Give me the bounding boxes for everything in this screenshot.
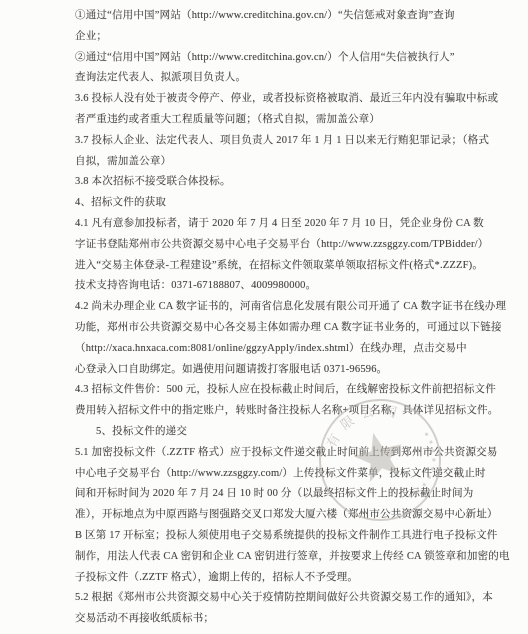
document-line: 交易活动不再接收纸质标书； <box>75 609 467 630</box>
document-page: ①通过“信用中国”网站（http://www.creditchina.gov.c… <box>0 0 528 634</box>
document-line: 间和开标时间为 2020 年 7 月 24 日 10 时 00 分（以最终招标文… <box>75 484 467 505</box>
document-line: 制作，用法人代表 CA 密钥和企业 CA 密钥进行签章，并按要求上传经 CA 锁… <box>75 547 467 568</box>
document-line: 查询法定代表人、拟派项目负责人。 <box>75 68 467 89</box>
document-line: ②通过“信用中国”网站（http://www.creditchina.gov.c… <box>75 48 467 69</box>
document-line: 费用转入招标文件中的指定账户，转账时备注投标人名称+项目名称，具体详见招标文件。 <box>75 401 467 422</box>
document-line: 4、招标文件的获取 <box>75 193 467 214</box>
document-line: ①通过“信用中国”网站（http://www.creditchina.gov.c… <box>75 6 467 27</box>
document-line: 3.8 本次招标不接受联合体投标。 <box>75 172 467 193</box>
document-line: 准），开标地点为中原西路与图强路交叉口郑发大厦六楼（郑州市公共资源交易中心新址） <box>75 505 467 526</box>
document-line: 者严重违约或者重大工程质量等问题；（格式自拟，需加盖公章） <box>75 110 467 131</box>
document-line: 功能，郑州市公共资源交易中心各交易主体如需办理 CA 数字证书业务的，可通过以下… <box>75 318 467 339</box>
document-line: 企业； <box>75 27 467 48</box>
document-line: 心登录入口自助绑定。如遇使用问题请拨打客服电话 0371-96596。 <box>75 360 467 381</box>
document-line: B 区第 17 开标室；投标人须使用电子交易系统提供的投标文件制作工具进行电子投… <box>75 526 467 547</box>
document-line: 进入“交易主体登录-工程建设”系统，在招标文件领取菜单领取招标文件(格式*.ZZ… <box>75 256 467 277</box>
document-line: 5、投标文件的递交 <box>75 422 467 443</box>
document-line: 3.7 投标人企业、法定代表人、项目负责人 2017 年 1 月 1 日以来无行… <box>75 131 467 152</box>
document-line: 4.3 招标文件售价：500 元，投标人应在投标截止时间后，在线解密投标文件前把… <box>75 380 467 401</box>
document-line: 字证书登陆郑州市公共资源交易中心电子交易平台（http://www.zzsggz… <box>75 235 467 256</box>
document-body: ①通过“信用中国”网站（http://www.creditchina.gov.c… <box>75 6 467 630</box>
document-line: 4.2 尚未办理企业 CA 数字证书的，河南省信息化发展有限公司开通了 CA 数… <box>75 297 467 318</box>
document-line: 5.1 加密投标文件（.ZZTF 格式）应于投标文件递交截止时间前上传到郑州市公… <box>75 443 467 464</box>
document-line: 3.6 投标人没有处于被责令停产、停业，或者投标资格被取消、最近三年内没有骗取中… <box>75 89 467 110</box>
document-line: 自拟，需加盖公章） <box>75 152 467 173</box>
document-line: 中心电子交易平台（http://www.zzsggzy.com/）上传投标文件菜… <box>75 464 467 485</box>
document-line: 5.2 根据《郑州市公共资源交易中心关于疫情防控期间做好公共资源交易工作的通知》… <box>75 588 467 609</box>
document-line: （http://xaca.hnxaca.com:8081/online/ggzy… <box>75 339 467 360</box>
document-line: 子投标文件（.ZZTF 格式），逾期上传的，招标人不予受理。 <box>75 568 467 589</box>
document-line: 技术支持咨询电话：0371-67188807、4009980000。 <box>75 276 467 297</box>
document-line: 4.1 凡有意参加投标者，请于 2020 年 7 月 4 日至 2020 年 7… <box>75 214 467 235</box>
